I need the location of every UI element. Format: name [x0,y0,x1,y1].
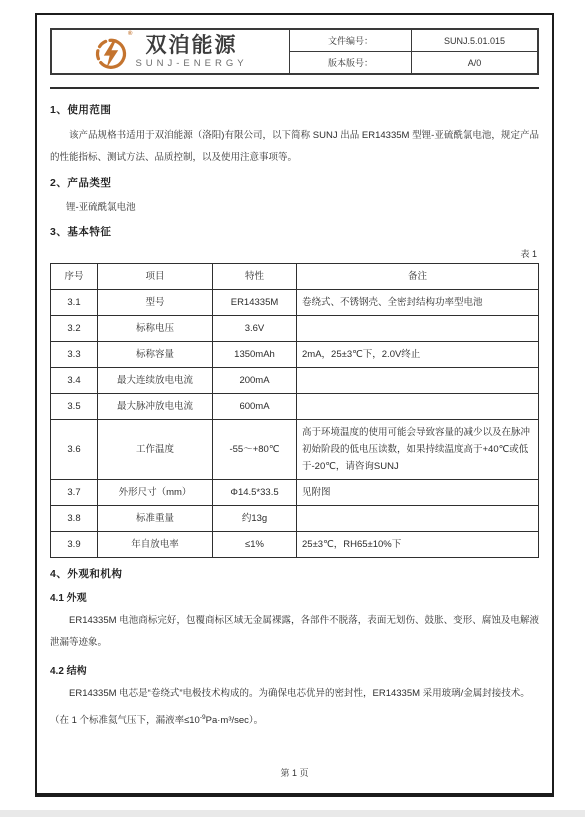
version-value: A/0 [412,52,537,73]
meta-row-doc-number: 文件编号： SUNJ.5.01.015 [290,30,537,51]
cell-item: 标准重量 [98,506,213,532]
cell-remark [297,368,539,394]
cell-index: 3.5 [51,394,98,420]
cell-item: 年自放电率 [98,532,213,558]
table-row: 3.4 最大连续放电电流 200mA [51,368,539,394]
company-logo: ® 双洎能源 SUNJ-ENERGY [52,30,290,73]
section-4-heading: 4、外观和机构 [50,566,539,581]
section-4-1-heading: 4.1 外观 [50,589,539,604]
registered-trademark-icon: ® [128,31,132,37]
table-caption: 表 1 [50,247,537,260]
cell-remark: 高于环境温度的使用可能会导致容量的减少以及在脉冲初始阶段的低电压读数，如果持续温… [297,420,539,480]
section-2-heading: 2、产品类型 [50,175,539,190]
cell-characteristic: 200mA [213,368,297,394]
cell-characteristic: 约13g [213,506,297,532]
header-divider [50,87,539,89]
doc-number-value: SUNJ.5.01.015 [412,30,537,51]
section-4-1-paragraph: ER14335M 电池商标完好，包覆商标区域无金属裸露，各部件不脱落，表面无划伤… [50,610,539,654]
spec-table: 序号 项目 特性 备注 3.1 型号 ER14335M 卷绕式、不锈钢壳、全密封… [50,263,539,558]
cell-remark [297,506,539,532]
logo-text: 双洎能源 SUNJ-ENERGY [135,35,247,69]
cell-item: 型号 [98,290,213,316]
document-header: ® 双洎能源 SUNJ-ENERGY 文件编号： SUNJ.5.01.015 版… [50,28,539,75]
cell-characteristic: ER14335M [213,290,297,316]
table-row: 3.7 外形尺寸（mm） Φ14.5*33.5 见附图 [51,480,539,506]
leak-rate-prefix: （在 1 个标准氦气压下，漏液率≤10 [50,715,200,726]
col-header-characteristic: 特性 [213,264,297,290]
col-header-item: 项目 [98,264,213,290]
cell-characteristic: 1350mAh [213,342,297,368]
document-canvas: ® 双洎能源 SUNJ-ENERGY 文件编号： SUNJ.5.01.015 版… [0,0,585,817]
table-row: 3.9 年自放电率 ≤1% 25±3℃，RH65±10%下 [51,532,539,558]
table-row: 3.1 型号 ER14335M 卷绕式、不锈钢壳、全密封结构功率型电池 [51,290,539,316]
document-meta-table: 文件编号： SUNJ.5.01.015 版本版号： A/0 [290,30,537,73]
section-3-heading: 3、基本特征 [50,224,539,239]
cell-index: 3.6 [51,420,98,480]
table-row: 3.8 标准重量 约13g [51,506,539,532]
viewport-bottom-strip [0,810,585,817]
cell-item: 工作温度 [98,420,213,480]
col-header-remark: 备注 [297,264,539,290]
cell-index: 3.2 [51,316,98,342]
spec-document-page: ® 双洎能源 SUNJ-ENERGY 文件编号： SUNJ.5.01.015 版… [35,13,554,797]
section-4-2-heading: 4.2 结构 [50,662,539,677]
section-4-2-leak-rate-line: （在 1 个标准氦气压下，漏液率≤10-9Pa·m³/sec）。 [50,707,539,732]
cell-index: 3.9 [51,532,98,558]
cell-index: 3.3 [51,342,98,368]
cell-item: 最大脉冲放电电流 [98,394,213,420]
cell-remark: 2mA，25±3℃下，2.0V终止 [297,342,539,368]
cell-remark: 卷绕式、不锈钢壳、全密封结构功率型电池 [297,290,539,316]
meta-row-version: 版本版号： A/0 [290,51,537,73]
table-row: 3.6 工作温度 -55～+80℃ 高于环境温度的使用可能会导致容量的减少以及在… [51,420,539,480]
section-1-paragraph: 该产品规格书适用于双洎能源（洛阳)有限公司，以下简称 SUNJ 出品 ER143… [50,125,539,169]
section-2-body: 锂-亚硫酰氯电池 [66,198,539,218]
table-row: 3.3 标称容量 1350mAh 2mA，25±3℃下，2.0V终止 [51,342,539,368]
section-1-heading: 1、使用范围 [50,102,539,117]
version-label: 版本版号： [290,52,412,73]
cell-index: 3.7 [51,480,98,506]
cell-characteristic: Φ14.5*33.5 [213,480,297,506]
cell-index: 3.8 [51,506,98,532]
cell-item: 标称电压 [98,316,213,342]
logo-chinese-name: 双洎能源 [146,35,238,56]
cell-item: 外形尺寸（mm） [98,480,213,506]
section-4-2-paragraph: ER14335M 电芯是“卷绕式”电极技术构成的。为确保电芯优异的密封性，ER1… [50,683,539,705]
leak-rate-suffix: Pa·m³/sec）。 [206,715,264,726]
cell-item: 最大连续放电电流 [98,368,213,394]
cell-remark: 见附图 [297,480,539,506]
spec-table-header-row: 序号 项目 特性 备注 [51,264,539,290]
logo-english-name: SUNJ-ENERGY [135,59,247,69]
cell-remark: 25±3℃，RH65±10%下 [297,532,539,558]
cell-item: 标称容量 [98,342,213,368]
doc-number-label: 文件编号： [290,30,412,51]
cell-remark [297,394,539,420]
cell-characteristic: 3.6V [213,316,297,342]
table-row: 3.2 标称电压 3.6V [51,316,539,342]
table-row: 3.5 最大脉冲放电电流 600mA [51,394,539,420]
cell-index: 3.4 [51,368,98,394]
page-number: 第 1 页 [37,766,552,779]
col-header-index: 序号 [51,264,98,290]
lightning-bolt-circle-icon: ® [93,33,129,71]
cell-characteristic: -55～+80℃ [213,420,297,480]
cell-characteristic: ≤1% [213,532,297,558]
cell-remark [297,316,539,342]
cell-index: 3.1 [51,290,98,316]
cell-characteristic: 600mA [213,394,297,420]
